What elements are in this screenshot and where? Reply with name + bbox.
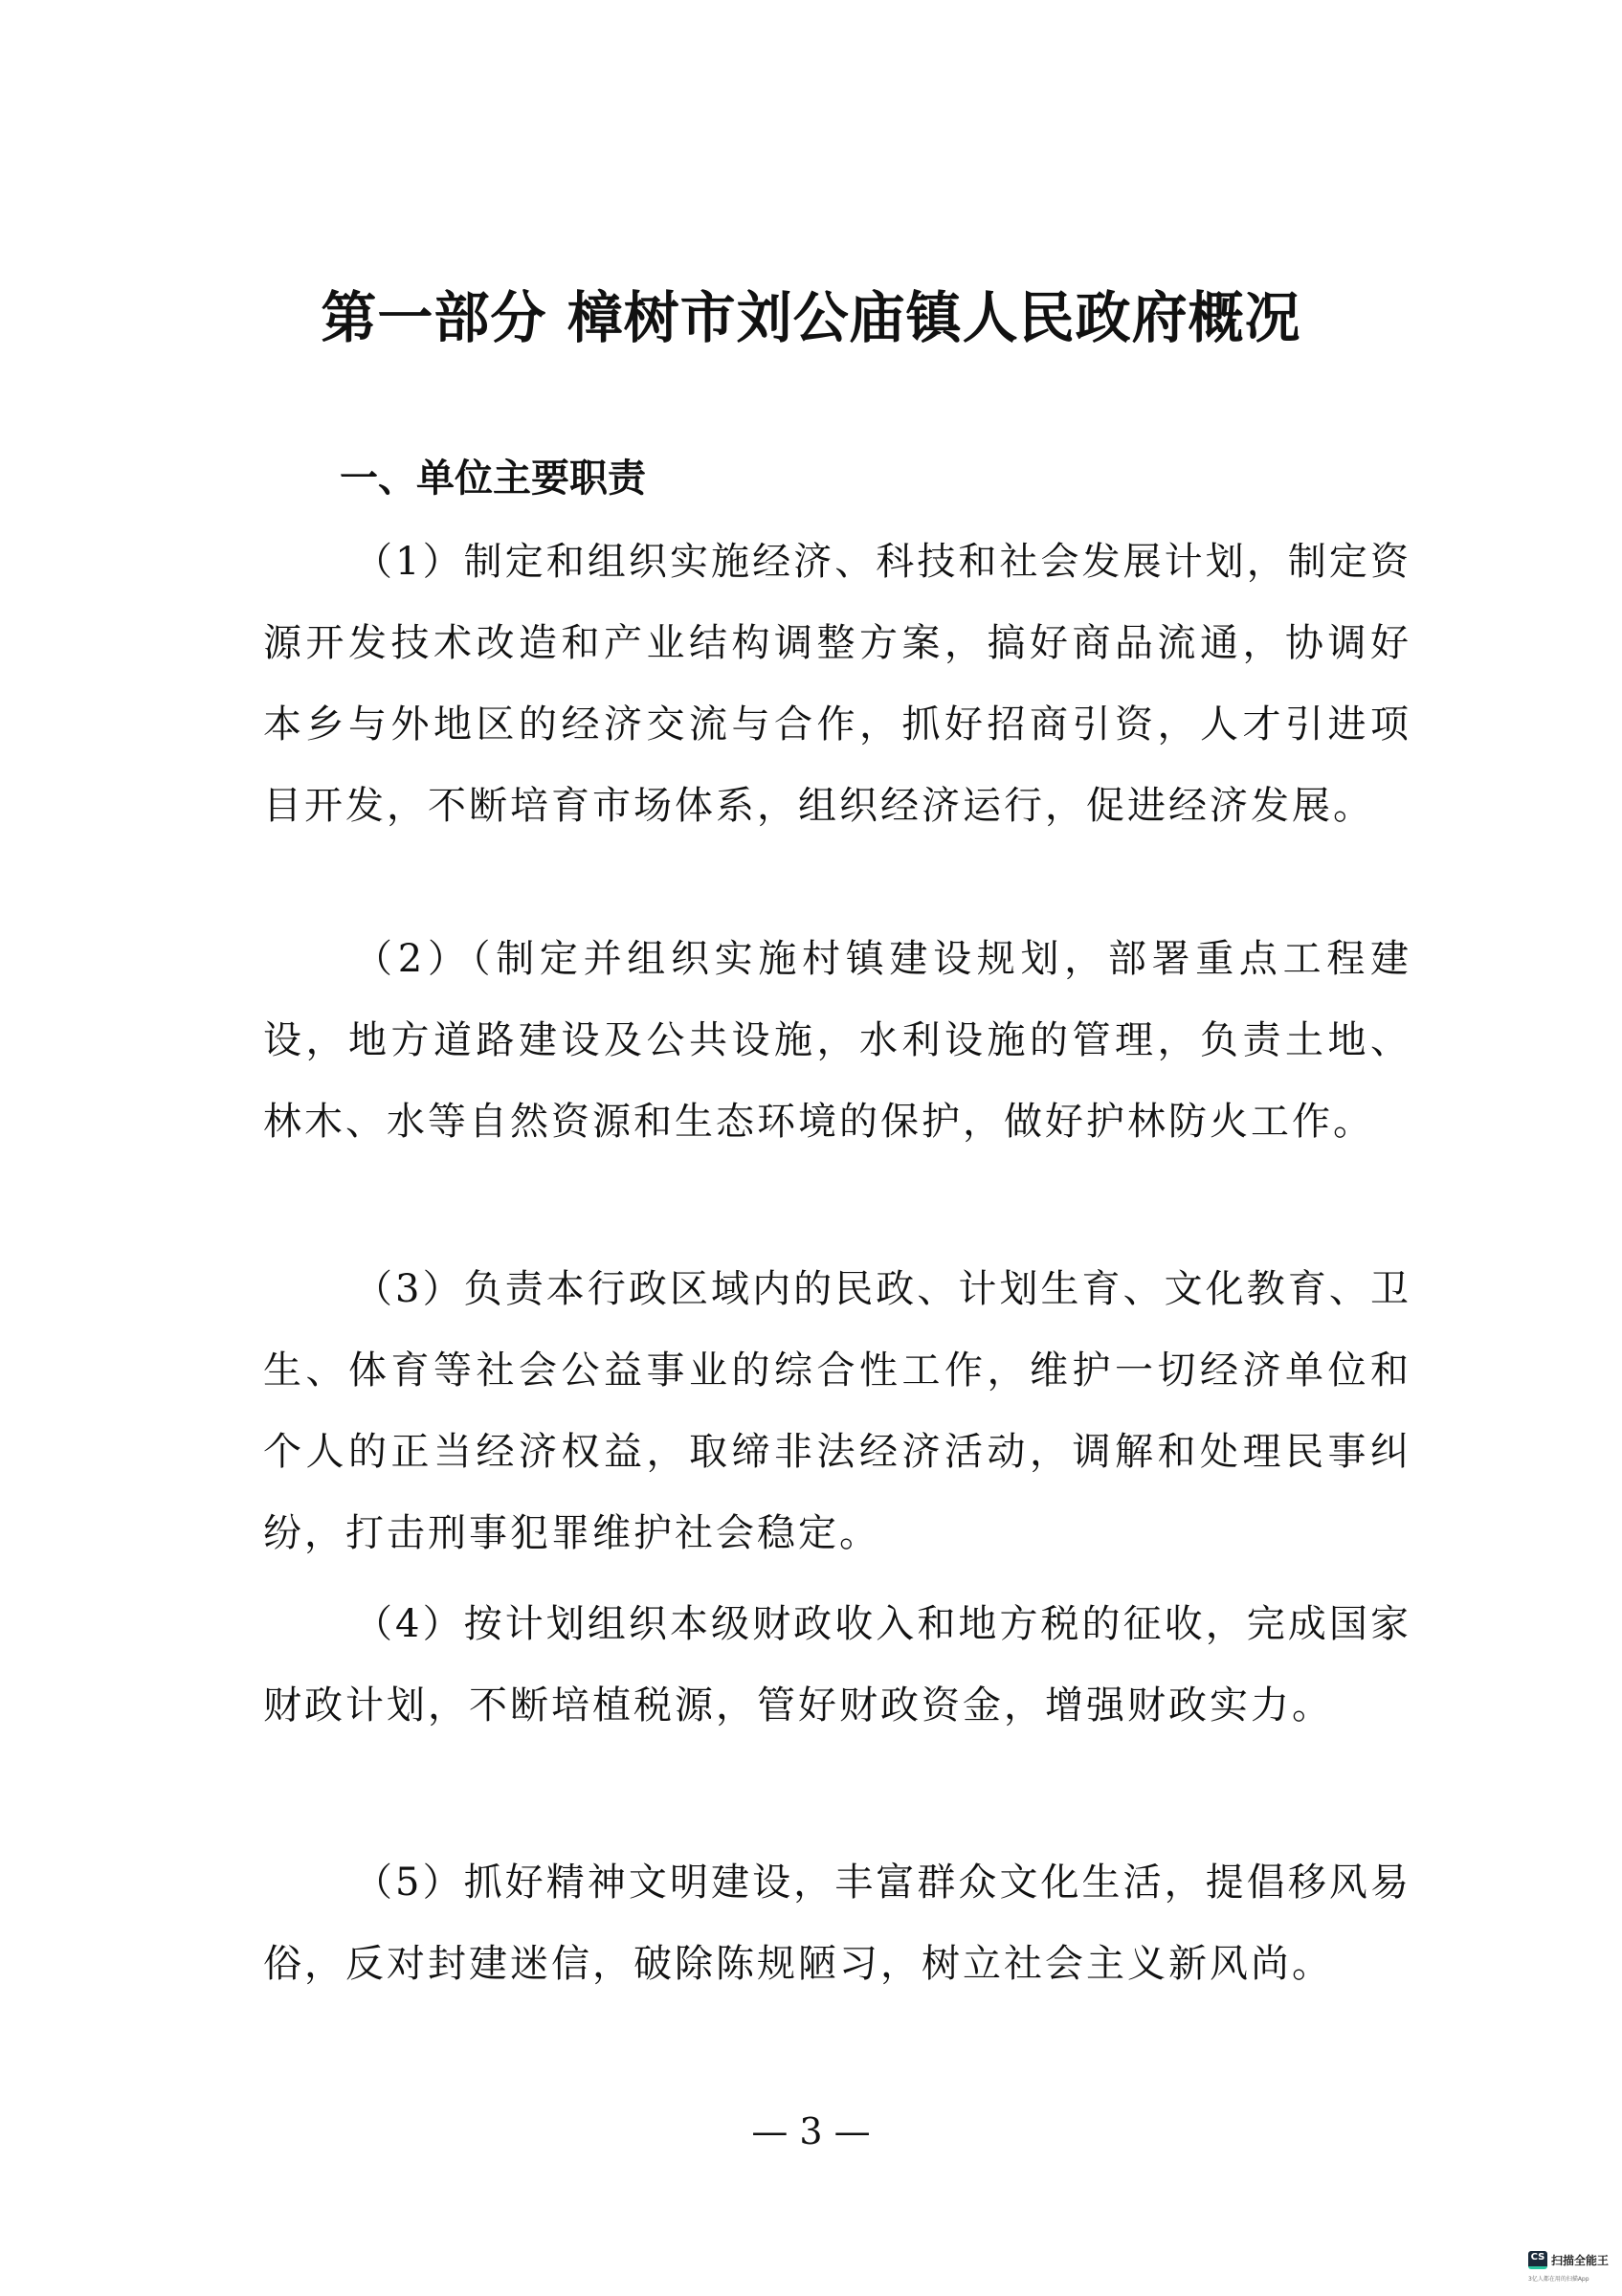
paragraph-5: （5）抓好精神文明建设，丰富群众文化生活，提倡移风易俗，反对封建迷信，破除陈规陋…	[263, 1842, 1411, 2005]
watermark-app-name: 扫描全能王	[1551, 2252, 1609, 2268]
paragraph-3: （3）负责本行政区域内的民政、计划生育、文化教育、卫生、体育等社会公益事业的综合…	[263, 1249, 1411, 1574]
document-title: 第一部分 樟树市刘公庙镇人民政府概况	[0, 279, 1622, 356]
page-number: — 3 —	[0, 2110, 1622, 2152]
camscanner-watermark: CS 扫描全能王 3亿人都在用的扫描App	[1528, 2251, 1622, 2289]
paragraph-1: （1）制定和组织实施经济、科技和社会发展计划，制定资源开发技术改造和产业结构调整…	[263, 522, 1411, 847]
camscanner-logo-icon: CS	[1528, 2251, 1547, 2269]
watermark-tagline: 3亿人都在用的扫描App	[1528, 2274, 1589, 2283]
paragraph-2: （2）（制定并组织实施村镇建设规划，部署重点工程建设，地方道路建设及公共设施，水…	[263, 919, 1411, 1163]
section-heading: 一、单位主要职责	[340, 450, 646, 507]
paragraph-4: （4）按计划组织本级财政收入和地方税的征收，完成国家财政计划，不断培植税源，管好…	[263, 1584, 1411, 1747]
